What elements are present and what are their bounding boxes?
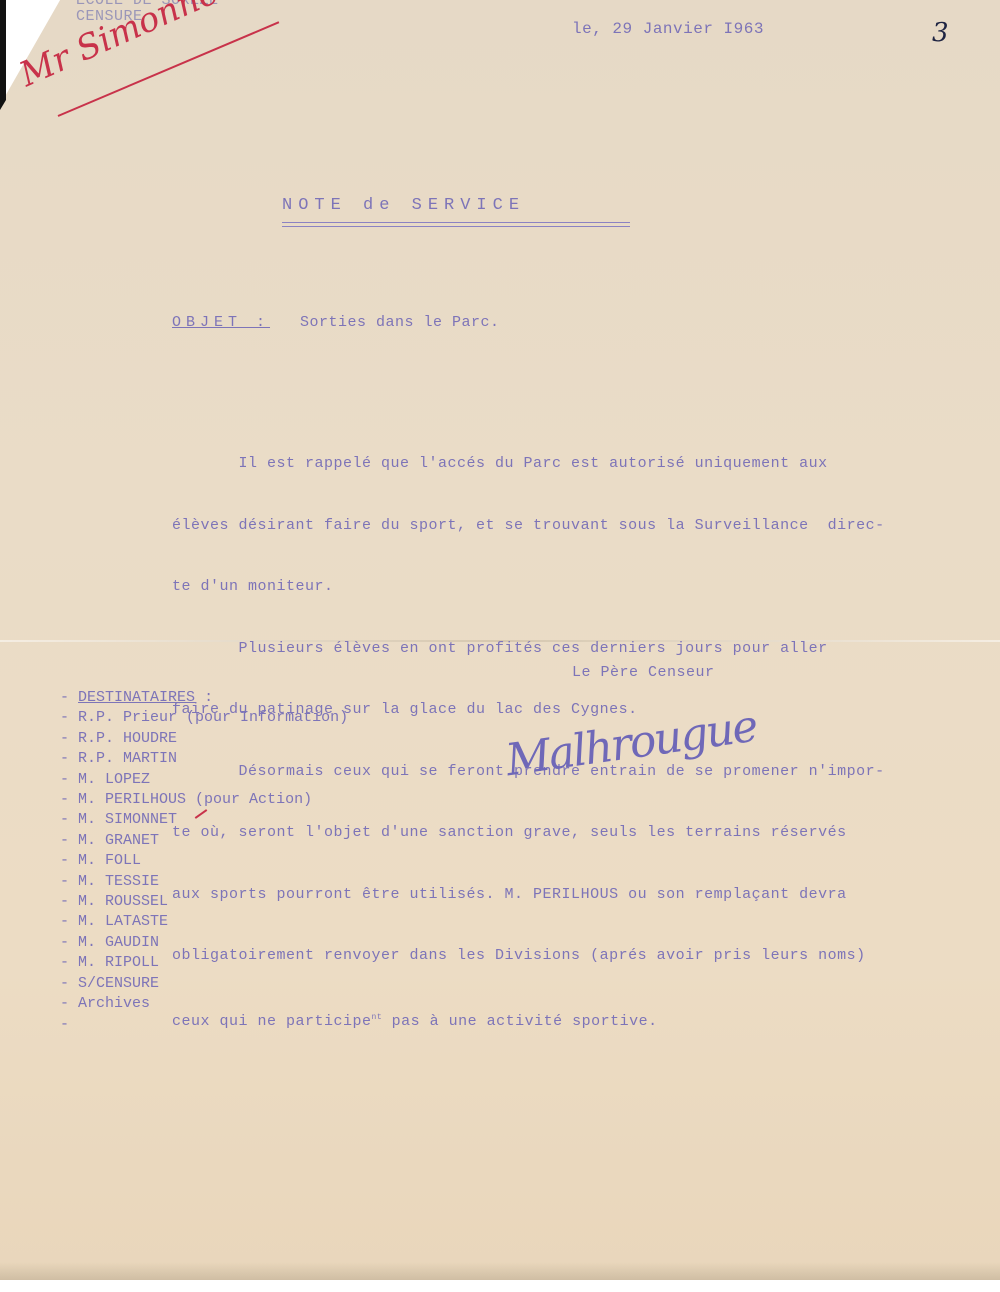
recipient-item: - M. LATASTE xyxy=(60,912,348,932)
recipient-item: - S/CENSURE xyxy=(60,974,348,994)
recipient-item: - R.P. Prieur (pour Information) xyxy=(60,708,348,728)
body-line: Il est rappelé que l'accés du Parc est a… xyxy=(172,454,885,475)
recipient-item: - M. RIPOLL xyxy=(60,953,348,973)
recipient-item: - R.P. HOUDRE xyxy=(60,729,348,749)
object-label: OBJET : xyxy=(172,314,270,331)
bottom-edge-shadow xyxy=(0,1262,1000,1280)
recipient-item: - M. GRANET xyxy=(60,831,348,851)
signatory-title: Le Père Censeur xyxy=(572,664,715,681)
title-underline xyxy=(282,222,630,223)
body-line: te d'un moniteur. xyxy=(172,577,885,598)
recipient-item: - M. ROUSSEL xyxy=(60,892,348,912)
recipient-item: - R.P. MARTIN xyxy=(60,749,348,769)
body-last-after: pas à une activité sportive. xyxy=(382,1013,658,1030)
page-number: 3 xyxy=(932,18,949,48)
body-line: élèves désirant faire du sport, et se tr… xyxy=(172,516,885,537)
recipients-list: - DESTINATAIRES : - R.P. Prieur (pour In… xyxy=(60,688,348,1035)
recipient-item: - M. SIMONNET xyxy=(60,810,348,830)
title-underline xyxy=(282,226,630,227)
recipient-item: - M. PERILHOUS (pour Action) xyxy=(60,790,348,810)
recipients-header-label: DESTINATAIRES xyxy=(78,689,195,706)
document-title: NOTE de SERVICE xyxy=(282,196,525,215)
recipient-item: - M. LOPEZ xyxy=(60,770,348,790)
document-date: le, 29 Janvier I963 xyxy=(572,20,764,38)
recipient-item-empty: - xyxy=(60,1015,348,1035)
handwritten-correction: nt xyxy=(372,1013,383,1022)
recipients-header: - DESTINATAIRES : xyxy=(60,688,348,708)
recipient-item: - M. FOLL xyxy=(60,851,348,871)
recipient-item: - Archives xyxy=(60,994,348,1014)
object-text: Sorties dans le Parc. xyxy=(300,314,500,331)
recipient-item: - M. GAUDIN xyxy=(60,933,348,953)
recipient-item: - M. TESSIE xyxy=(60,872,348,892)
scan-edge xyxy=(0,0,6,110)
body-line: Plusieurs élèves en ont profités ces der… xyxy=(172,639,885,660)
